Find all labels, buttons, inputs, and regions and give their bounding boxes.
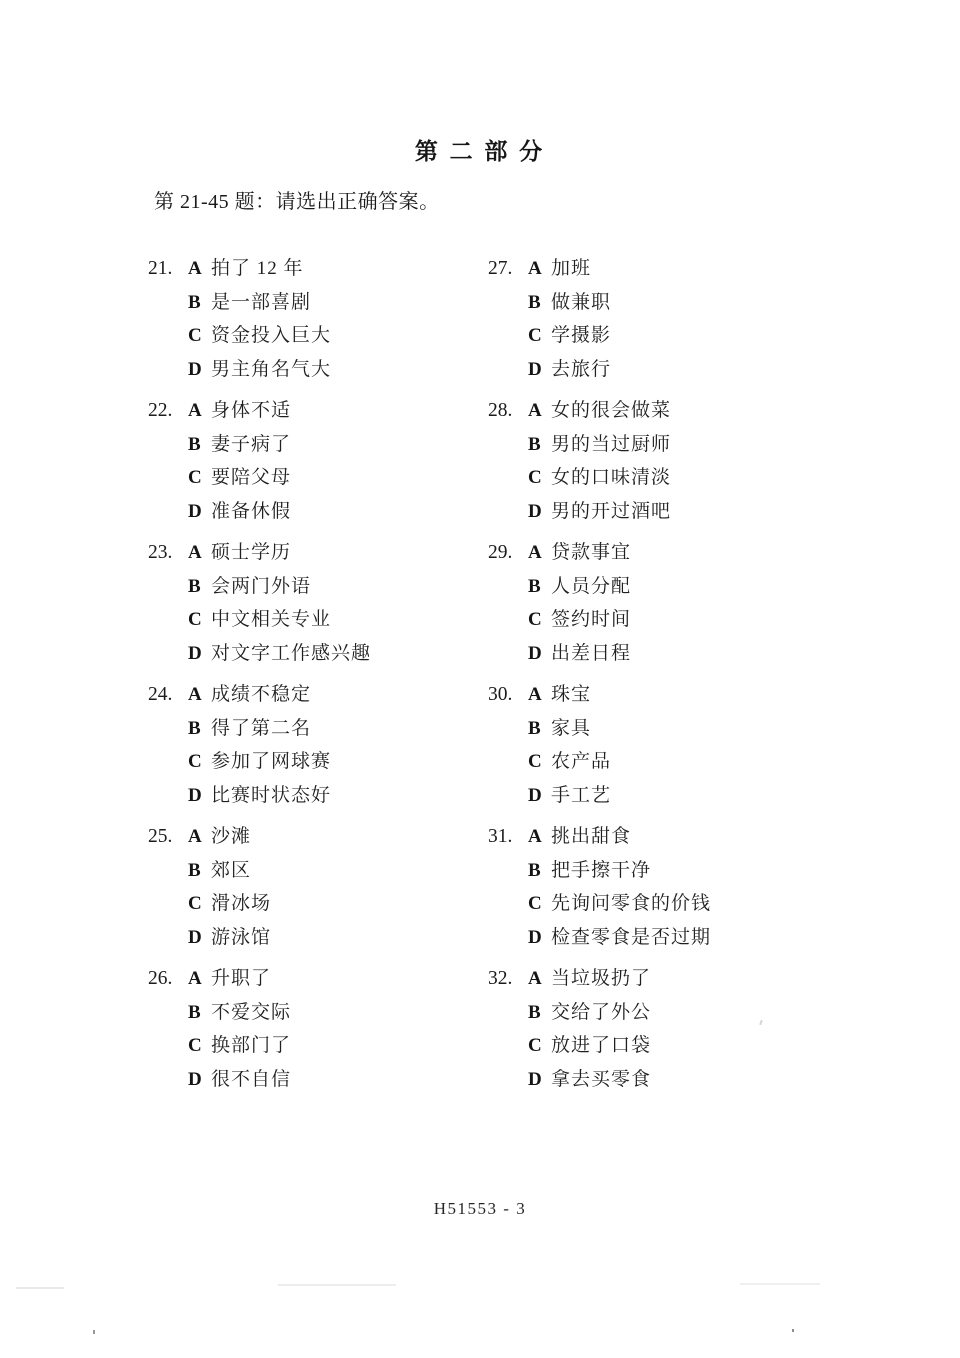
- option-letter: D: [188, 1063, 211, 1097]
- option-row: B 会两门外语: [148, 570, 488, 604]
- option-letter: C: [528, 745, 551, 779]
- option-letter: D: [528, 921, 551, 955]
- option-letter: A: [188, 962, 211, 996]
- option-letter: D: [188, 921, 211, 955]
- option-row: D 准备休假: [148, 495, 488, 529]
- option-row: C 女的口味清淡: [488, 461, 828, 495]
- option-letter: B: [528, 712, 551, 746]
- option-letter: A: [528, 394, 551, 428]
- option-row: D 很不自信: [148, 1063, 488, 1097]
- option-text: 换部门了: [211, 1029, 291, 1063]
- questions-column-right: 27. A 加班 B 做兼职 C 学摄影 D 去旅行 28. A 女的很会做菜 …: [488, 252, 828, 1104]
- option-letter: C: [528, 1029, 551, 1063]
- option-letter: C: [188, 461, 211, 495]
- question-number: 22.: [148, 394, 188, 428]
- option-text: 硕士学历: [211, 536, 291, 570]
- option-text: 不爱交际: [211, 996, 291, 1030]
- option-row: C 签约时间: [488, 603, 828, 637]
- option-letter: A: [528, 252, 551, 286]
- option-text: 珠宝: [551, 678, 591, 712]
- option-row: C 中文相关专业: [148, 603, 488, 637]
- question-number: 21.: [148, 252, 188, 286]
- option-row: 22. A 身体不适: [148, 394, 488, 428]
- option-text: 学摄影: [551, 319, 611, 353]
- option-letter: B: [188, 854, 211, 888]
- option-row: D 出差日程: [488, 637, 828, 671]
- page-footer: H51553 - 3: [0, 1199, 960, 1219]
- exam-page: 第 二 部 分 第 21-45 题：请选出正确答案。 21. A 拍了 12 年…: [0, 0, 960, 1358]
- option-letter: A: [188, 394, 211, 428]
- option-text: 要陪父母: [211, 461, 291, 495]
- option-letter: D: [188, 495, 211, 529]
- option-text: 中文相关专业: [211, 603, 331, 637]
- option-letter: C: [528, 887, 551, 921]
- option-text: 家具: [551, 712, 591, 746]
- option-text: 男的当过厨师: [551, 428, 671, 462]
- option-text: 资金投入巨大: [211, 319, 331, 353]
- option-row: C 农产品: [488, 745, 828, 779]
- option-letter: A: [188, 252, 211, 286]
- option-text: 得了第二名: [211, 712, 311, 746]
- option-row: B 妻子病了: [148, 428, 488, 462]
- option-letter: C: [528, 319, 551, 353]
- option-row: 31. A 挑出甜食: [488, 820, 828, 854]
- option-letter: D: [188, 637, 211, 671]
- option-row: C 先询问零食的价钱: [488, 887, 828, 921]
- option-letter: B: [528, 570, 551, 604]
- question-number: 27.: [488, 252, 528, 286]
- option-letter: C: [188, 319, 211, 353]
- option-row: D 比赛时状态好: [148, 779, 488, 813]
- option-row: B 得了第二名: [148, 712, 488, 746]
- option-letter: A: [188, 820, 211, 854]
- option-text: 沙滩: [211, 820, 251, 854]
- option-row: B 把手擦干净: [488, 854, 828, 888]
- question-block: 29. A 贷款事宜 B 人员分配 C 签约时间 D 出差日程: [488, 536, 828, 670]
- option-row: C 换部门了: [148, 1029, 488, 1063]
- option-row: 28. A 女的很会做菜: [488, 394, 828, 428]
- question-block: 27. A 加班 B 做兼职 C 学摄影 D 去旅行: [488, 252, 828, 386]
- questions-area: 21. A 拍了 12 年 B 是一部喜剧 C 资金投入巨大 D 男主角名气大 …: [148, 252, 828, 1104]
- option-letter: B: [528, 428, 551, 462]
- question-number: 26.: [148, 962, 188, 996]
- option-row: D 检查零食是否过期: [488, 921, 828, 955]
- option-row: B 做兼职: [488, 286, 828, 320]
- option-letter: D: [188, 353, 211, 387]
- option-row: B 男的当过厨师: [488, 428, 828, 462]
- option-text: 拍了 12 年: [211, 252, 304, 286]
- option-letter: B: [188, 712, 211, 746]
- question-block: 28. A 女的很会做菜 B 男的当过厨师 C 女的口味清淡 D 男的开过酒吧: [488, 394, 828, 528]
- option-letter: D: [188, 779, 211, 813]
- option-letter: C: [528, 603, 551, 637]
- option-row: C 滑冰场: [148, 887, 488, 921]
- scan-artifact: [740, 1283, 820, 1285]
- option-letter: A: [528, 678, 551, 712]
- option-text: 对文字工作感兴趣: [211, 637, 371, 671]
- question-number: 24.: [148, 678, 188, 712]
- option-letter: B: [528, 854, 551, 888]
- option-letter: D: [528, 495, 551, 529]
- option-text: 贷款事宜: [551, 536, 631, 570]
- option-row: 21. A 拍了 12 年: [148, 252, 488, 286]
- option-row: D 游泳馆: [148, 921, 488, 955]
- option-letter: A: [528, 820, 551, 854]
- option-text: 会两门外语: [211, 570, 311, 604]
- option-text: 挑出甜食: [551, 820, 631, 854]
- option-text: 放进了口袋: [551, 1029, 651, 1063]
- option-row: B 不爱交际: [148, 996, 488, 1030]
- scan-artifact: [792, 1329, 794, 1332]
- option-row: D 手工艺: [488, 779, 828, 813]
- option-text: 男的开过酒吧: [551, 495, 671, 529]
- question-block: 21. A 拍了 12 年 B 是一部喜剧 C 资金投入巨大 D 男主角名气大: [148, 252, 488, 386]
- option-text: 去旅行: [551, 353, 611, 387]
- option-letter: B: [188, 570, 211, 604]
- option-row: 24. A 成绩不稳定: [148, 678, 488, 712]
- option-letter: B: [528, 996, 551, 1030]
- option-row: C 参加了网球赛: [148, 745, 488, 779]
- option-text: 妻子病了: [211, 428, 291, 462]
- option-text: 做兼职: [551, 286, 611, 320]
- option-text: 男主角名气大: [211, 353, 331, 387]
- option-letter: A: [188, 536, 211, 570]
- option-text: 是一部喜剧: [211, 286, 311, 320]
- option-text: 滑冰场: [211, 887, 271, 921]
- option-text: 女的很会做菜: [551, 394, 671, 428]
- option-row: B 交给了外公: [488, 996, 828, 1030]
- option-text: 先询问零食的价钱: [551, 887, 711, 921]
- question-block: 25. A 沙滩 B 郊区 C 滑冰场 D 游泳馆: [148, 820, 488, 954]
- option-letter: D: [528, 353, 551, 387]
- option-row: B 家具: [488, 712, 828, 746]
- question-number: 25.: [148, 820, 188, 854]
- option-row: 32. A 当垃圾扔了: [488, 962, 828, 996]
- option-text: 加班: [551, 252, 591, 286]
- option-text: 拿去买零食: [551, 1063, 651, 1097]
- option-row: D 对文字工作感兴趣: [148, 637, 488, 671]
- option-row: 30. A 珠宝: [488, 678, 828, 712]
- question-block: 22. A 身体不适 B 妻子病了 C 要陪父母 D 准备休假: [148, 394, 488, 528]
- option-text: 女的口味清淡: [551, 461, 671, 495]
- question-block: 24. A 成绩不稳定 B 得了第二名 C 参加了网球赛 D 比赛时状态好: [148, 678, 488, 812]
- option-text: 检查零食是否过期: [551, 921, 711, 955]
- question-block: 31. A 挑出甜食 B 把手擦干净 C 先询问零食的价钱 D 检查零食是否过期: [488, 820, 828, 954]
- question-block: 32. A 当垃圾扔了 B 交给了外公 C 放进了口袋 D 拿去买零食: [488, 962, 828, 1096]
- option-row: B 人员分配: [488, 570, 828, 604]
- option-text: 升职了: [211, 962, 271, 996]
- option-row: D 男主角名气大: [148, 353, 488, 387]
- option-letter: D: [528, 779, 551, 813]
- option-text: 人员分配: [551, 570, 631, 604]
- option-text: 签约时间: [551, 603, 631, 637]
- option-row: D 拿去买零食: [488, 1063, 828, 1097]
- option-row: B 是一部喜剧: [148, 286, 488, 320]
- option-text: 参加了网球赛: [211, 745, 331, 779]
- question-number: 30.: [488, 678, 528, 712]
- question-number: 32.: [488, 962, 528, 996]
- option-letter: A: [528, 536, 551, 570]
- option-text: 比赛时状态好: [211, 779, 331, 813]
- question-number: 28.: [488, 394, 528, 428]
- option-letter: C: [188, 745, 211, 779]
- option-text: 游泳馆: [211, 921, 271, 955]
- option-row: 26. A 升职了: [148, 962, 488, 996]
- option-row: C 放进了口袋: [488, 1029, 828, 1063]
- scan-artifact: [278, 1284, 396, 1286]
- option-row: B 郊区: [148, 854, 488, 888]
- question-number: 29.: [488, 536, 528, 570]
- option-row: 25. A 沙滩: [148, 820, 488, 854]
- option-letter: A: [188, 678, 211, 712]
- option-letter: C: [528, 461, 551, 495]
- option-row: C 资金投入巨大: [148, 319, 488, 353]
- option-text: 郊区: [211, 854, 251, 888]
- scan-artifact: [16, 1287, 64, 1289]
- option-text: 手工艺: [551, 779, 611, 813]
- option-row: 27. A 加班: [488, 252, 828, 286]
- option-text: 准备休假: [211, 495, 291, 529]
- questions-column-left: 21. A 拍了 12 年 B 是一部喜剧 C 资金投入巨大 D 男主角名气大 …: [148, 252, 488, 1104]
- option-text: 很不自信: [211, 1063, 291, 1097]
- option-letter: B: [188, 996, 211, 1030]
- option-text: 交给了外公: [551, 996, 651, 1030]
- option-row: D 男的开过酒吧: [488, 495, 828, 529]
- option-letter: B: [528, 286, 551, 320]
- option-text: 成绩不稳定: [211, 678, 311, 712]
- option-row: 29. A 贷款事宜: [488, 536, 828, 570]
- option-text: 当垃圾扔了: [551, 962, 651, 996]
- option-letter: B: [188, 428, 211, 462]
- option-row: C 学摄影: [488, 319, 828, 353]
- option-text: 身体不适: [211, 394, 291, 428]
- option-row: C 要陪父母: [148, 461, 488, 495]
- scan-artifact: [93, 1330, 95, 1334]
- option-letter: C: [188, 1029, 211, 1063]
- option-letter: B: [188, 286, 211, 320]
- option-letter: C: [188, 887, 211, 921]
- option-text: 出差日程: [551, 637, 631, 671]
- option-row: 23. A 硕士学历: [148, 536, 488, 570]
- page-title: 第 二 部 分: [0, 133, 960, 166]
- question-number: 23.: [148, 536, 188, 570]
- question-block: 26. A 升职了 B 不爱交际 C 换部门了 D 很不自信: [148, 962, 488, 1096]
- option-letter: C: [188, 603, 211, 637]
- question-number: 31.: [488, 820, 528, 854]
- question-block: 23. A 硕士学历 B 会两门外语 C 中文相关专业 D 对文字工作感兴趣: [148, 536, 488, 670]
- option-letter: D: [528, 1063, 551, 1097]
- option-row: D 去旅行: [488, 353, 828, 387]
- option-letter: A: [528, 962, 551, 996]
- instruction: 第 21-45 题：请选出正确答案。: [154, 185, 440, 214]
- option-text: 把手擦干净: [551, 854, 651, 888]
- option-letter: D: [528, 637, 551, 671]
- question-block: 30. A 珠宝 B 家具 C 农产品 D 手工艺: [488, 678, 828, 812]
- option-text: 农产品: [551, 745, 611, 779]
